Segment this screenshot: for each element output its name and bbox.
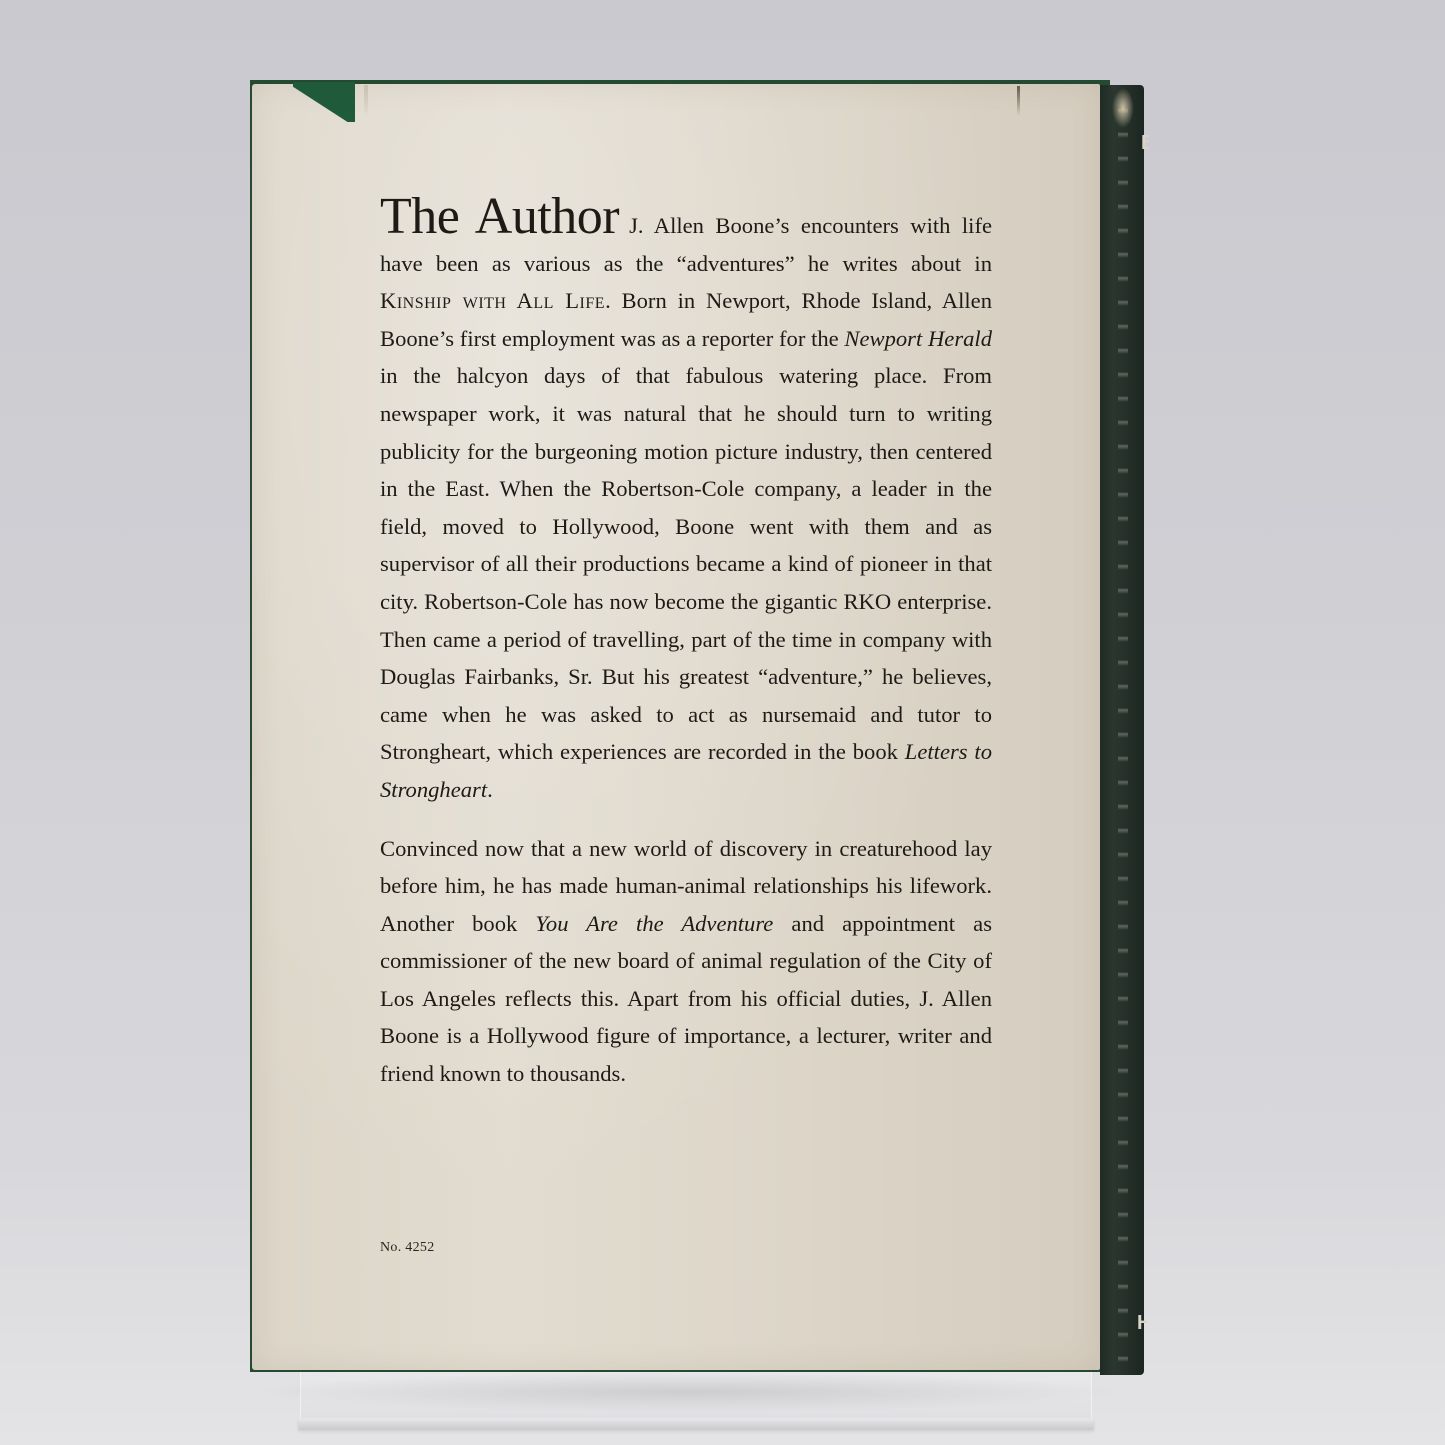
spine-letter-top: B <box>1141 132 1149 155</box>
bio-text: . <box>487 777 493 802</box>
spine-letter-bottom: H <box>1137 1312 1147 1335</box>
photo-scene: B H The AuthorJ. Allen Boone’s encounter… <box>0 0 1445 1445</box>
author-bio: The AuthorJ. Allen Boone’s encounters wi… <box>380 198 992 1093</box>
bio-paragraph-2: Convinced now that a new world of discov… <box>380 830 992 1093</box>
book-title-kinship: Kinship with All Life <box>380 288 605 313</box>
spine-chip <box>1112 88 1134 128</box>
book-title-adventure: You Are the Adventure <box>535 911 773 936</box>
bio-text: and appointment as commissioner of the n… <box>380 911 992 1086</box>
bio-paragraph-1: The AuthorJ. Allen Boone’s encounters wi… <box>380 198 992 809</box>
bio-text: in the halcyon days of that fabulous wat… <box>380 363 992 764</box>
jacket-crease-right <box>1017 86 1020 116</box>
catalog-number: No. 4252 <box>380 1240 435 1256</box>
acrylic-stand-lip <box>298 1418 1094 1430</box>
jacket-crease <box>364 85 368 117</box>
newspaper-title: Newport Herald <box>844 326 992 351</box>
spine-wear <box>1118 90 1128 1370</box>
acrylic-stand <box>300 1370 1092 1420</box>
section-heading: The Author <box>380 188 619 245</box>
